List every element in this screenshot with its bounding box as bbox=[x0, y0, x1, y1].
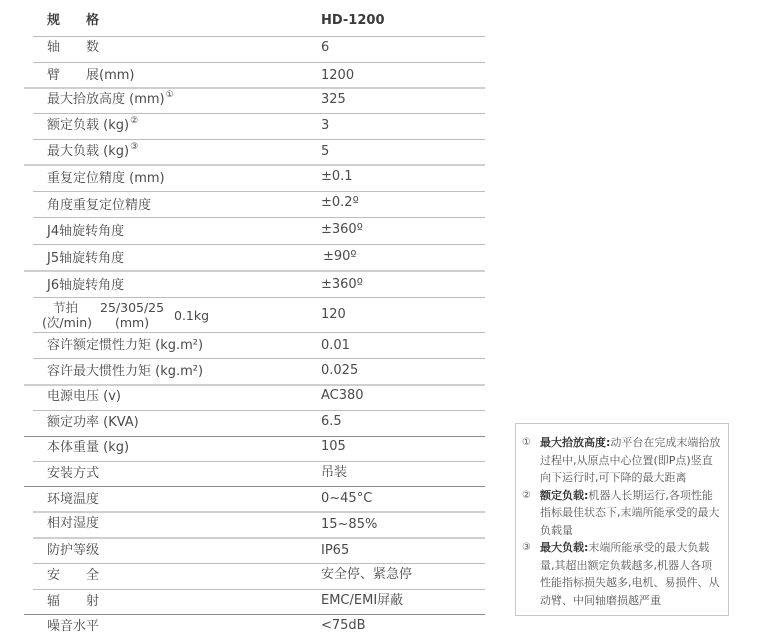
spec-value-repeatability: ±0.1 bbox=[321, 169, 353, 185]
footnote-1: ① 最大拾放高度:动平台在完成末端拾放过程中,从原点中心位置(即P点)竖直向下运… bbox=[522, 434, 722, 487]
spec-label-j4: J4轴旋转角度 bbox=[47, 224, 124, 240]
spec-label-temperature: 环境温度 bbox=[47, 492, 99, 508]
cycle-label-line2: (次/min) bbox=[42, 315, 92, 330]
divider bbox=[33, 244, 485, 245]
divider bbox=[33, 217, 485, 218]
spec-value-max-height: 325 bbox=[321, 92, 346, 108]
divider bbox=[33, 410, 485, 411]
spec-label-angle-repeatability: 角度重复定位精度 bbox=[47, 198, 151, 214]
divider bbox=[33, 537, 485, 539]
spec-value-max-inertia: 0.025 bbox=[321, 363, 358, 379]
spec-label-safety: 安全 bbox=[47, 568, 99, 584]
label-a: 轴 bbox=[47, 40, 60, 55]
header-label-b: 格 bbox=[86, 13, 99, 28]
spec-label-protection: 防护等级 bbox=[47, 543, 99, 559]
spec-value-safety: 安全停、紧急停 bbox=[321, 567, 412, 583]
divider bbox=[33, 332, 485, 333]
label-a: 臂 bbox=[47, 68, 60, 83]
label-text: 最大拾放高度 (mm) bbox=[47, 92, 165, 107]
cycle-path-line1: 25/305/25 bbox=[100, 300, 164, 315]
header-label-a: 规 bbox=[47, 13, 60, 28]
spec-value-weight: 105 bbox=[321, 439, 346, 455]
spec-label-rated-load: 额定负载 (kg)② bbox=[47, 118, 138, 135]
spec-label-mounting: 安装方式 bbox=[47, 466, 99, 482]
label-text: 最大负载 (kg) bbox=[47, 144, 129, 159]
header-label: 规格 bbox=[47, 13, 99, 29]
spec-value-reach: 1200 bbox=[321, 68, 354, 84]
spec-label-axes: 轴数 bbox=[47, 40, 99, 56]
footnote-number: ③ bbox=[522, 539, 531, 557]
footnote-title: 额定负载: bbox=[540, 489, 588, 502]
spec-label-max-height: 最大拾放高度 (mm)① bbox=[47, 92, 174, 109]
divider bbox=[33, 461, 485, 462]
label-a: 安 bbox=[47, 568, 60, 583]
spec-label-voltage: 电源电压 (v) bbox=[47, 389, 121, 405]
spec-label-humidity: 相对湿度 bbox=[47, 516, 99, 532]
spec-label-j5: J5轴旋转角度 bbox=[47, 251, 124, 267]
divider bbox=[24, 384, 485, 386]
divider bbox=[33, 113, 485, 114]
divider bbox=[33, 589, 485, 590]
spec-value-radiation: EMC/EMI屏蔽 bbox=[321, 593, 403, 609]
divider bbox=[24, 270, 485, 272]
spec-value-voltage: AC380 bbox=[321, 388, 364, 404]
spec-label-noise: 噪音水平 bbox=[47, 619, 99, 635]
divider bbox=[24, 164, 485, 166]
spec-label-weight: 本体重量 (kg) bbox=[47, 440, 129, 456]
footnotes-box: ① 最大拾放高度:动平台在完成末端拾放过程中,从原点中心位置(即P点)竖直向下运… bbox=[515, 423, 729, 616]
spec-value-j5: ±90º bbox=[323, 249, 357, 265]
spec-value-noise: <75dB bbox=[321, 618, 366, 634]
spec-value-cycle: 120 bbox=[321, 307, 346, 323]
footnote-2: ② 额定负载:机器人长期运行,各项性能指标最佳状态下,末端所能承受的最大负载量 bbox=[522, 487, 722, 540]
spec-value-humidity: 15~85% bbox=[321, 517, 377, 533]
label-b: 全 bbox=[86, 568, 99, 583]
cycle-label-line1: 节拍 bbox=[53, 300, 78, 315]
footnote-marker-3: ③ bbox=[130, 142, 138, 152]
spec-value-angle-repeatability: ±0.2º bbox=[321, 195, 359, 211]
spec-value-j4: ±360º bbox=[321, 222, 363, 238]
spec-label-max-load: 最大负载 (kg)③ bbox=[47, 144, 138, 161]
divider bbox=[24, 486, 485, 487]
footnote-number: ② bbox=[522, 487, 531, 505]
divider bbox=[33, 36, 485, 37]
divider bbox=[33, 62, 485, 63]
spec-value-j6: ±360º bbox=[321, 277, 363, 293]
divider bbox=[33, 358, 485, 359]
spec-value-rated-load: 3 bbox=[321, 118, 329, 134]
spec-value-power: 6.5 bbox=[321, 414, 342, 430]
spec-label-max-inertia: 容许最大惯性力矩 (kg.m²) bbox=[47, 364, 203, 380]
spec-value-max-load: 5 bbox=[321, 144, 329, 160]
footnote-title: 最大拾放高度: bbox=[540, 436, 610, 449]
header-model: HD-1200 bbox=[321, 13, 385, 29]
label-b: 展(mm) bbox=[86, 68, 134, 83]
spec-label-radiation: 辐射 bbox=[47, 594, 99, 610]
divider bbox=[33, 139, 485, 140]
footnote-marker-1: ① bbox=[166, 90, 174, 100]
spec-label-power: 额定功率 (KVA) bbox=[47, 415, 139, 431]
label-b: 数 bbox=[86, 40, 99, 55]
divider bbox=[33, 563, 485, 564]
footnote-marker-2: ② bbox=[130, 116, 138, 126]
divider bbox=[33, 191, 485, 192]
spec-value-axes: 6 bbox=[321, 40, 329, 56]
spec-value-protection: IP65 bbox=[321, 543, 349, 559]
divider bbox=[24, 436, 485, 437]
spec-label-rated-inertia: 容许额定惯性力矩 (kg.m²) bbox=[47, 338, 203, 354]
footnote-title: 最大负载: bbox=[540, 541, 588, 554]
spec-value-rated-inertia: 0.01 bbox=[321, 338, 350, 354]
label-a: 辐 bbox=[47, 594, 60, 609]
label-b: 射 bbox=[86, 594, 99, 609]
spec-label-reach: 臂展(mm) bbox=[47, 68, 135, 84]
footnote-number: ① bbox=[522, 434, 531, 452]
divider bbox=[33, 297, 485, 298]
spec-value-temperature: 0~45°C bbox=[321, 491, 372, 507]
divider bbox=[24, 87, 485, 89]
cycle-load: 0.1kg bbox=[174, 308, 209, 323]
spec-label-repeatability: 重复定位精度 (mm) bbox=[47, 171, 165, 187]
spec-label-j6: J6轴旋转角度 bbox=[47, 278, 124, 294]
label-text: 额定负载 (kg) bbox=[47, 118, 129, 133]
footnote-3: ③ 最大负载:末端所能承受的最大负载量,其超出额定负载越多,机器人各项性能指标损… bbox=[522, 539, 722, 609]
spec-value-mounting: 吊装 bbox=[321, 465, 347, 481]
divider bbox=[24, 614, 485, 615]
cycle-path-line2: (mm) bbox=[115, 315, 149, 330]
divider bbox=[33, 511, 485, 513]
